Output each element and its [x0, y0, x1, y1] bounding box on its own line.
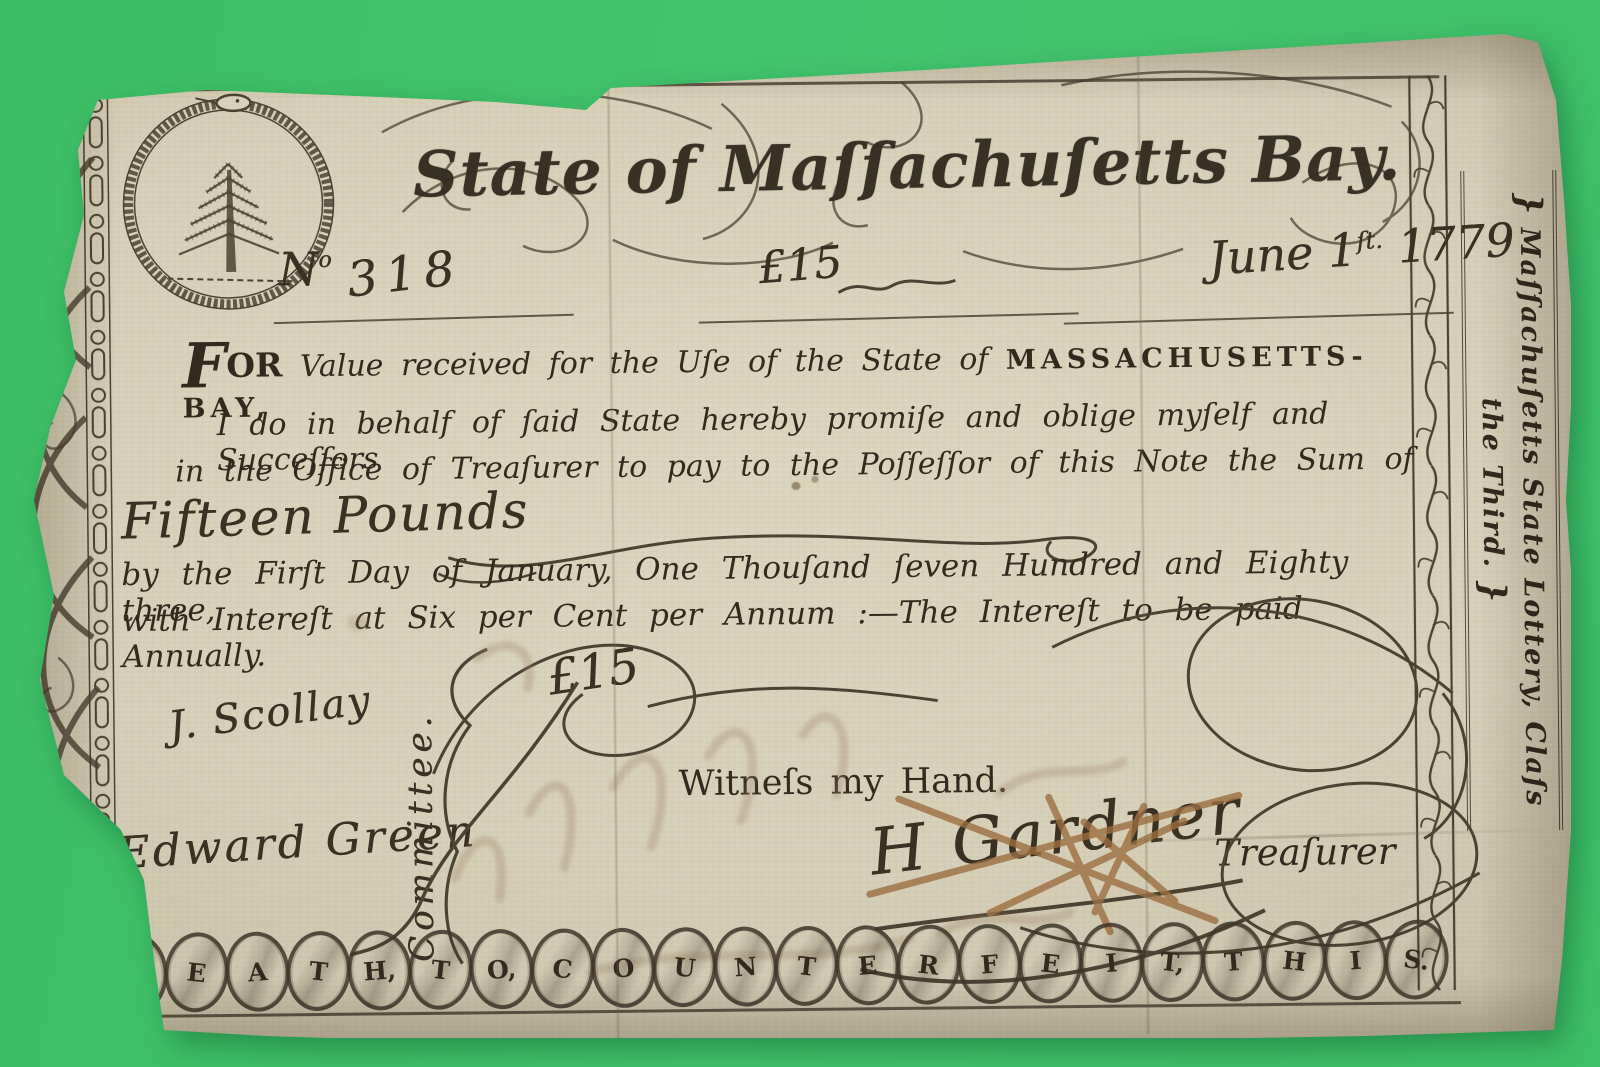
stain-spot-top	[781, 52, 795, 64]
chain-ring: O	[588, 925, 658, 1010]
chain-ring-letter: D	[124, 958, 148, 989]
snake-head-icon	[216, 95, 250, 111]
date-sup: ſt.	[1355, 226, 1383, 256]
chain-ring: D	[100, 931, 170, 1016]
amount-tail-flourish	[833, 266, 963, 307]
chain-ring-letter: O,	[486, 954, 517, 985]
chain-ring-letter: T,	[1159, 946, 1187, 978]
chain-ring-letter: O	[612, 953, 636, 984]
printed-face: } Maſſachuſetts State Lottery, Claſs the…	[21, 22, 1576, 1046]
body-line-1-text: Value received for the Uſe of the State …	[300, 342, 989, 384]
chain-ring-letter: T	[796, 950, 818, 981]
chain-ring-letter: R	[917, 949, 941, 980]
chain-ring-letter: N	[733, 951, 758, 982]
chain-ring: H,	[344, 928, 414, 1013]
chain-ring-letter: U	[672, 952, 697, 983]
chain-ring-letter: A	[247, 956, 269, 986]
chain-ring-letter: E	[185, 957, 207, 988]
serial-prefix-sup: o	[318, 248, 332, 273]
chain-ring-letter: S.	[1402, 944, 1431, 976]
chain-ring: E	[1014, 920, 1087, 1007]
chain-ring: T	[282, 928, 355, 1015]
date-prefix: June 1	[1207, 222, 1359, 285]
chain-ring: T	[1198, 919, 1268, 1004]
chain-ring: N	[710, 924, 780, 1009]
chain-ring: U	[648, 924, 721, 1011]
chain-ring-letter: T	[1223, 946, 1244, 976]
scan-background: } Maſſachuſetts State Lottery, Claſs the…	[0, 0, 1600, 1067]
chain-ring: C	[526, 925, 599, 1012]
date-year: 1779	[1396, 213, 1516, 274]
dropcap-F: F	[182, 329, 227, 402]
amount-field: £15	[756, 237, 844, 295]
brace-top: }	[1508, 193, 1548, 217]
chain-ring: T	[404, 926, 477, 1013]
stain-spot-mid-1	[791, 482, 800, 490]
paper-shadow-wrap: } Maſſachuſetts State Lottery, Claſs the…	[26, 30, 1571, 1038]
serial-value: 318	[344, 240, 465, 309]
chain-ring: T,	[1136, 919, 1209, 1006]
chain-ring-letter: F	[980, 949, 1000, 979]
chain-ring-letter: H,	[362, 955, 397, 986]
chain-ring: A	[222, 929, 292, 1014]
serial-prefix: N	[278, 242, 319, 296]
chain-ring-letter: T	[430, 954, 452, 985]
chain-ring: R	[892, 921, 965, 1008]
chain-ring: F	[954, 922, 1024, 1007]
for-caps: OR	[226, 345, 283, 385]
pine-tree-icon	[166, 163, 292, 282]
chain-ring: T	[770, 923, 843, 1010]
chain-ring: E	[160, 929, 233, 1016]
chain-ring-letter: E	[1039, 948, 1061, 979]
chain-ring-letter: H	[1281, 945, 1308, 976]
serial-number: No 318	[278, 240, 462, 298]
lottery-note-document: } Maſſachuſetts State Lottery, Claſs the…	[26, 30, 1571, 1038]
chain-ring-letter: E	[857, 950, 878, 980]
chain-ring: H	[1258, 918, 1331, 1005]
chain-ring: S.	[1380, 916, 1453, 1003]
chain-ring-letter: I	[1348, 945, 1362, 975]
chain-ring: E	[832, 923, 902, 1008]
chain-ring-letter: C	[551, 953, 574, 984]
chain-ring: I	[1320, 918, 1390, 1003]
chain-ring: I	[1076, 920, 1146, 1005]
date-underline	[1064, 312, 1454, 325]
chain-ring: O,	[466, 927, 536, 1012]
counterfeit-chain: DEATH,TO,COUNTERFEIT,THIS.	[106, 919, 1449, 1013]
chain-ring-letter: I	[1105, 948, 1119, 978]
chain-ring-letter: T	[308, 956, 330, 987]
amount-underline	[699, 312, 1079, 323]
